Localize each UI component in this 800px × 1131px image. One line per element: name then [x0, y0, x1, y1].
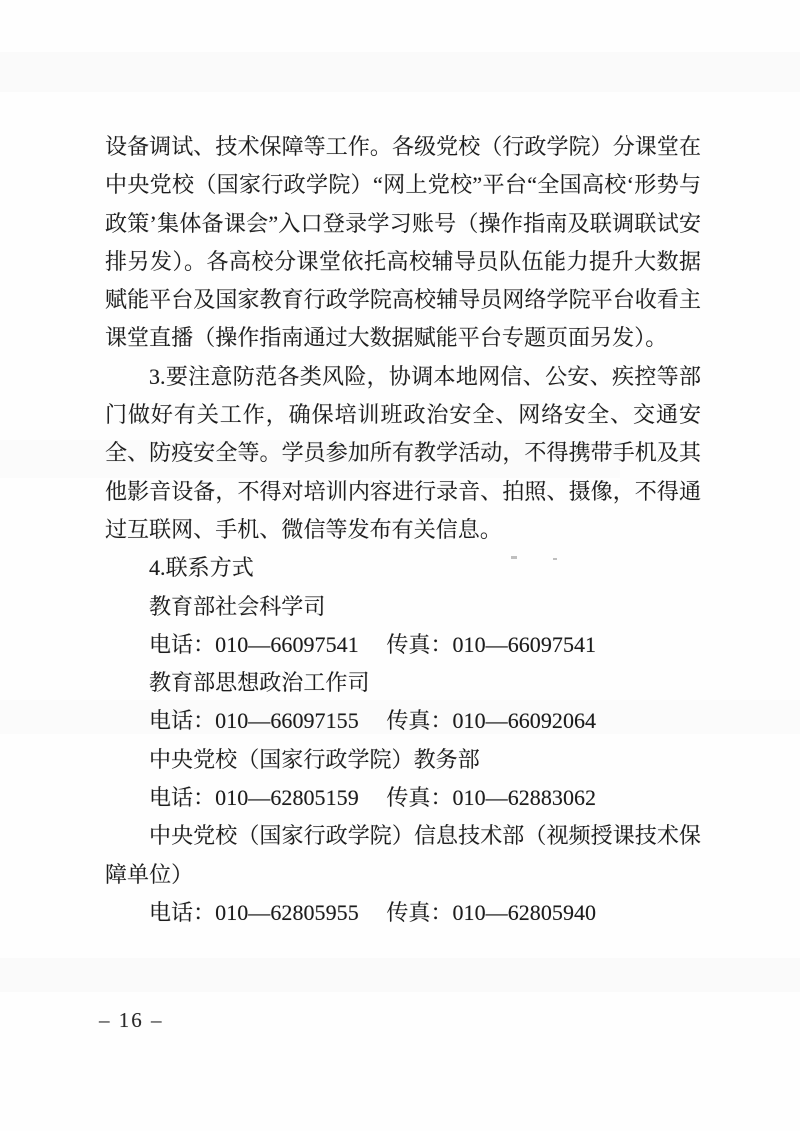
- document-page: 设备调试、技术保障等工作。各级党校（行政学院）分课堂在中央党校（国家行政学院）“…: [0, 0, 800, 1131]
- contact-phone-fax-ideological-political: 电话：010—66097155 传真：010—66092064: [105, 702, 701, 740]
- contact-dept-party-school-it: 中央党校（国家行政学院）信息技术部（视频授课技术保障单位）: [105, 817, 701, 894]
- contact-dept-party-school-academic: 中央党校（国家行政学院）教务部: [105, 741, 701, 779]
- paragraph-item-4-contact-heading: 4.联系方式: [105, 549, 701, 587]
- contact-dept-ideological-political: 教育部思想政治工作司: [105, 664, 701, 702]
- contact-phone-fax-party-school-academic: 电话：010—62805159 传真：010—62883062: [105, 779, 701, 817]
- paragraph-item-3-risk-prevention: 3.要注意防范各类风险，协调本地网信、公安、疾控等部门做好有关工作，确保培训班政…: [105, 358, 701, 549]
- page-number: – 16 –: [99, 1008, 164, 1033]
- scan-artifact-band: [0, 52, 800, 92]
- contact-phone-fax-party-school-it: 电话：010—62805955 传真：010—62805940: [105, 894, 701, 932]
- paragraph-continuation: 设备调试、技术保障等工作。各级党校（行政学院）分课堂在中央党校（国家行政学院）“…: [105, 128, 701, 358]
- contact-phone-fax-social-science: 电话：010—66097541 传真：010—66097541: [105, 626, 701, 664]
- scan-artifact-band: [0, 958, 800, 992]
- contact-dept-social-science: 教育部社会科学司: [105, 588, 701, 626]
- document-body-text: 设备调试、技术保障等工作。各级党校（行政学院）分课堂在中央党校（国家行政学院）“…: [105, 128, 701, 932]
